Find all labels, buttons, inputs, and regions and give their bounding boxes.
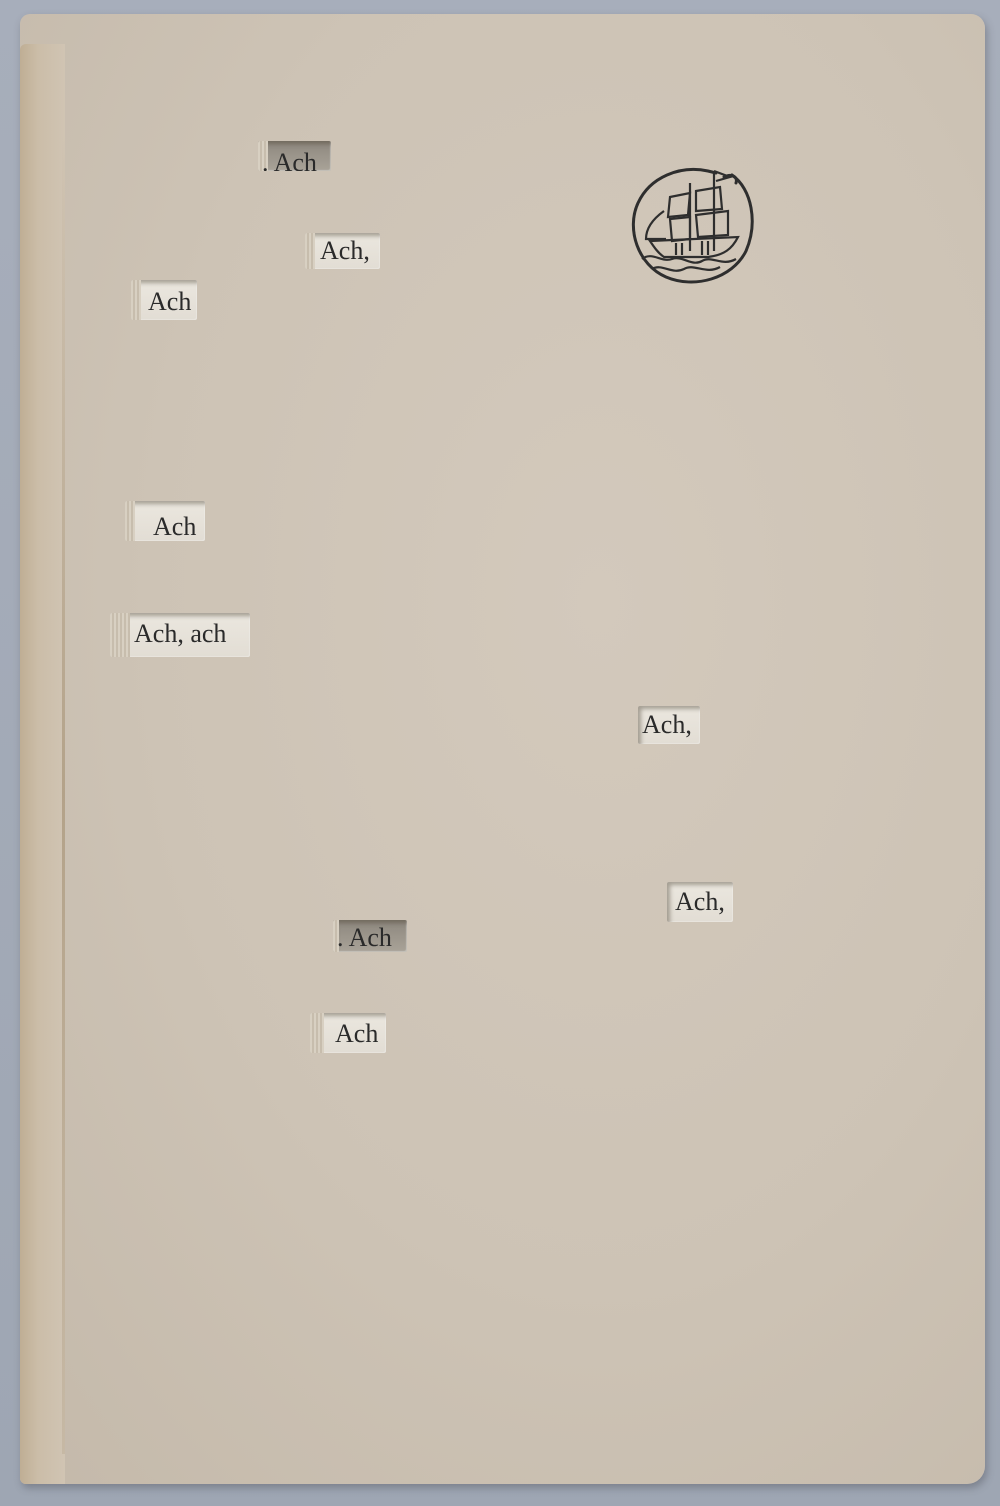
cutout-word: Ach <box>153 514 196 540</box>
cutout-word: . Ach <box>262 150 317 171</box>
cutout-wall <box>125 501 135 541</box>
cutout-window-7: Ach, <box>667 882 733 922</box>
cutout-window-4: Ach <box>125 501 205 541</box>
cutout-window-1: . Ach <box>258 141 331 171</box>
book-spine <box>20 44 65 1484</box>
cutout-word: Ach, <box>675 889 725 915</box>
cutout-word: . Ach <box>337 925 392 951</box>
cutout-word: Ach <box>335 1021 378 1047</box>
cutout-word: Ach, ach <box>134 621 226 647</box>
cutout-wall <box>310 1013 324 1053</box>
cutout-window-8: . Ach <box>333 920 407 952</box>
cutout-window-3: Ach <box>131 280 197 320</box>
cutout-wall <box>110 613 130 657</box>
cutout-window-5: Ach, ach <box>110 613 250 657</box>
cutout-window-6: Ach, <box>638 706 700 744</box>
cutout-wall <box>305 233 315 269</box>
spine-crease <box>62 134 65 1454</box>
cutout-word: Ach, <box>642 712 692 738</box>
cutout-window-9: Ach <box>310 1013 386 1053</box>
cutout-word: Ach <box>148 289 191 315</box>
book-cover: . Ach Ach, Ach Ach Ach, ach Ach, Ach, . … <box>20 14 985 1484</box>
cutout-wall <box>131 280 141 320</box>
cutout-word: Ach, <box>320 238 370 264</box>
cutout-window-2: Ach, <box>305 233 380 269</box>
sailing-ship-emblem-icon <box>628 163 756 287</box>
